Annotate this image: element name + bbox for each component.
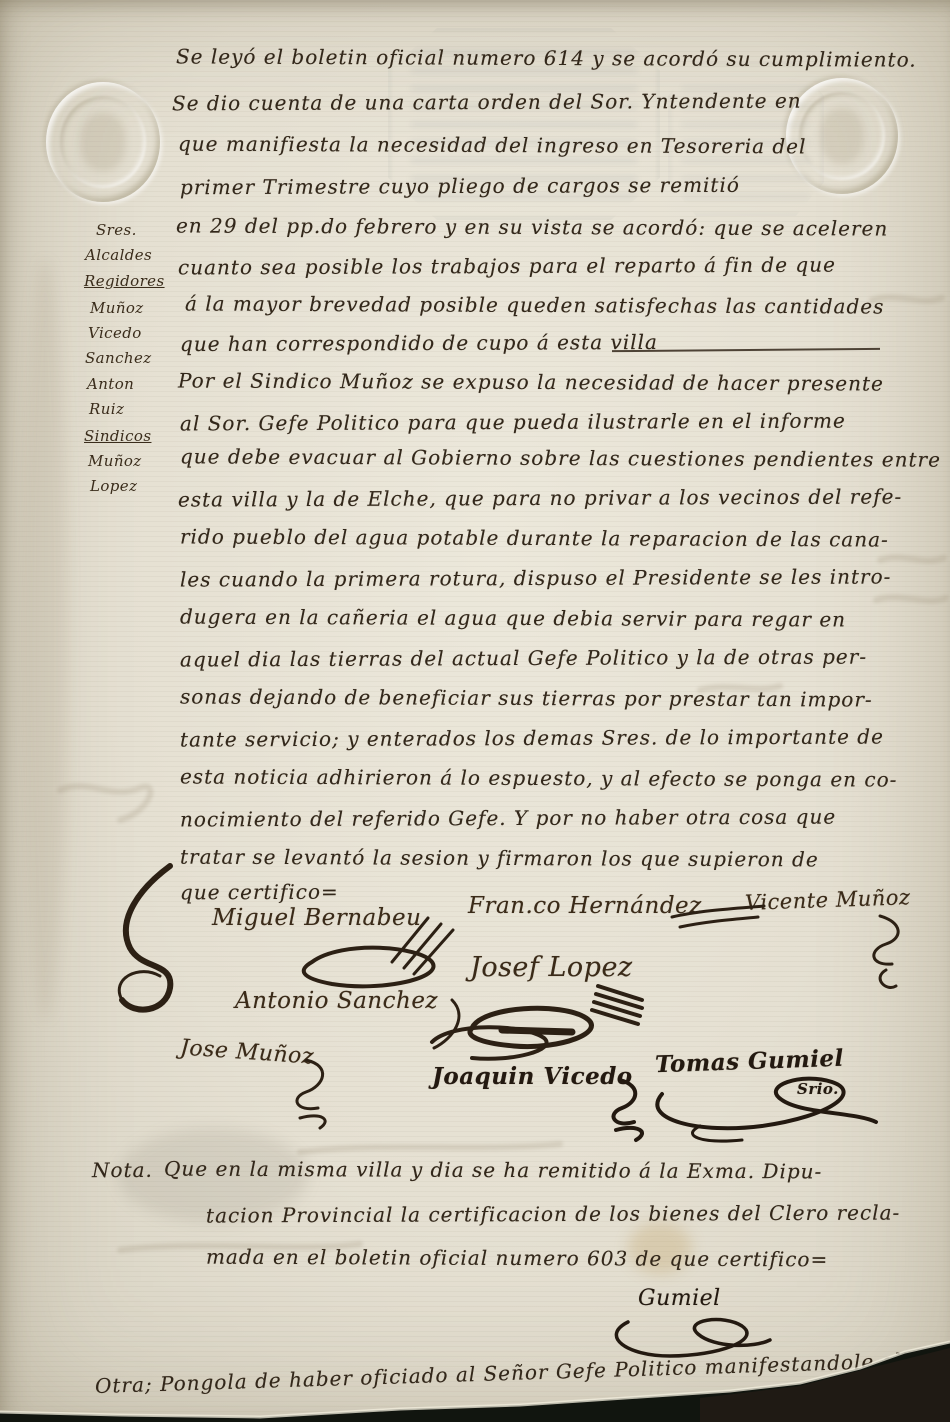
- margin-name: Sres.: [96, 221, 137, 239]
- margin-name: Sanchez: [85, 349, 152, 367]
- margin-name: Ruiz: [89, 400, 124, 418]
- manuscript-line: dugera en la cañeria el agua que debia s…: [180, 605, 846, 632]
- margin-name: Sindicos: [84, 427, 151, 445]
- margin-name: Anton: [87, 375, 134, 393]
- edge-shading: [22, 260, 68, 1020]
- manuscript-line: tratar se levantó la sesion y firmaron l…: [180, 845, 819, 872]
- embossed-seal-left-icon: [46, 82, 160, 202]
- nota-line: tacion Provincial la certificacion de lo…: [206, 1200, 900, 1227]
- manuscript-line: tante servicio; y enterados los demas Sr…: [180, 724, 884, 751]
- manuscript-line: que debe evacuar al Gobierno sobre las c…: [180, 444, 941, 471]
- manuscript-line: les cuando la primera rotura, dispuso el…: [180, 564, 891, 591]
- signature: Fran.co Hernández: [468, 893, 702, 919]
- manuscript-line: primer Trimestre cuyo pliego de cargos s…: [180, 173, 740, 199]
- signature: Joaquin Vicedo: [432, 1063, 633, 1090]
- paper-sheet: Sres. Alcaldes Regidores Muñoz Vicedo Sa…: [0, 0, 950, 1422]
- nota-line: Que en la misma villa y dia se ha remiti…: [164, 1157, 822, 1184]
- manuscript-line: nocimiento del referido Gefe. Y por no h…: [180, 805, 836, 832]
- margin-name: Regidores: [84, 272, 165, 290]
- nota-line: mada en el boletin oficial numero 603 de…: [206, 1245, 828, 1272]
- signature: Vicente Muñoz: [745, 885, 911, 915]
- manuscript-line: Se dio cuenta de una carta orden del Sor…: [172, 89, 802, 116]
- margin-name: Lopez: [90, 477, 137, 495]
- manuscript-line: á la mayor brevedad posible queden satis…: [185, 291, 884, 318]
- addendum-line: Otra; Pongola de haber oficiado al Señor…: [95, 1349, 903, 1398]
- signature: Tomas Gumiel: [655, 1045, 845, 1079]
- margin-name: Alcaldes: [85, 246, 152, 264]
- nota-signature: Gumiel: [638, 1286, 721, 1311]
- manuscript-line: Se leyó el boletin oficial numero 614 y …: [176, 44, 917, 71]
- signature: Jose Muñoz: [179, 1035, 314, 1069]
- manuscript-line: aquel dia las tierras del actual Gefe Po…: [180, 645, 867, 672]
- manuscript-line: esta villa y la de Elche, que para no pr…: [178, 484, 902, 511]
- margin-name: Muñoz: [88, 452, 142, 470]
- nota-label: Nota.: [92, 1158, 153, 1182]
- scanned-manuscript-page: { "document": { "kind": "handwritten-ses…: [0, 0, 950, 1422]
- signature: Josef Lopez: [470, 952, 633, 983]
- manuscript-line: Por el Sindico Muñoz se expuso la necesi…: [178, 368, 884, 395]
- manuscript-line: en 29 del pp.do febrero y en su vista se…: [176, 213, 888, 240]
- margin-name: Vicedo: [88, 324, 142, 342]
- signature: Antonio Sanchez: [235, 988, 438, 1014]
- manuscript-line: rido pueblo del agua potable durante la …: [180, 524, 889, 551]
- manuscript-line: al Sor. Gefe Politico para que pueda ilu…: [180, 409, 846, 436]
- manuscript-line: sonas dejando de beneficiar sus tierras …: [180, 684, 873, 711]
- margin-name: Muñoz: [90, 299, 144, 317]
- manuscript-line: que han correspondido de cupo á esta vil…: [180, 330, 658, 356]
- manuscript-line: que certifico=: [180, 880, 339, 905]
- signature-title: Srio.: [797, 1080, 839, 1098]
- manuscript-line: esta noticia adhirieron á lo espuesto, y…: [180, 764, 898, 791]
- manuscript-line: que manifiesta la necesidad del ingreso …: [178, 132, 807, 159]
- manuscript-line: cuanto sea posible los trabajos para el …: [178, 253, 836, 280]
- signature: Miguel Bernabeu: [212, 905, 421, 931]
